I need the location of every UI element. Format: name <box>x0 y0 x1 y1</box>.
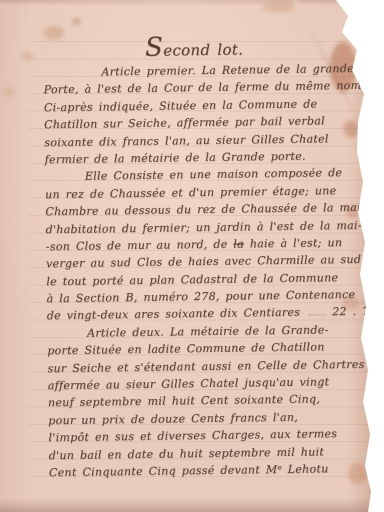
line-text: Article deux. La métairie de la Grande- <box>87 323 329 339</box>
foxing-stain <box>4 88 14 96</box>
line-text: Chatillon sur Seiche, affermée par bail … <box>44 115 325 132</box>
line-text: haie à l'est; un <box>244 236 342 250</box>
line-text: -son Clos de mur au nord, de <box>46 238 234 254</box>
line-text: Article premier. La Retenue de la grande <box>101 62 354 79</box>
manuscript-lines: Article premier. La Retenue de la grande… <box>43 60 371 482</box>
manuscript-paper: Second lot. Article premier. La Retenue … <box>0 0 384 512</box>
line-text: l'impôt en sus et diverses Charges, aux … <box>48 427 337 444</box>
line-text: porte Située en ladite Commune de Chatil… <box>47 341 324 358</box>
line-text: sur Seiche et s'étendant aussi en Celle … <box>47 357 364 374</box>
line-text: un rez de Chaussée et d'un premier étage… <box>45 184 336 201</box>
line-text: Ci-après indiquée, Située en la Commune … <box>44 97 318 114</box>
line-text: Elle Consiste en une maison composée de <box>85 166 343 183</box>
line-text: Porte, à l'est de la Cour de la ferme du… <box>44 79 362 96</box>
line-text: Cent Cinquante Cinq passé devant Mᵉ Leho… <box>49 462 329 479</box>
line-text: Chambre au dessous du rez de Chaussée de… <box>45 201 381 219</box>
line-text: soixante dix francs l'an, au sieur Gille… <box>44 132 328 149</box>
line-text: d'un bail en date du huit septembre mil … <box>49 445 324 462</box>
foxing-stain <box>22 52 33 61</box>
line-text: affermée au sieur Gilles Chatel jusqu'au… <box>48 375 330 392</box>
document-title: Second lot. <box>43 34 365 63</box>
struck-word: la <box>233 237 244 250</box>
line-text: à la Section B, numéro 278, pour une Con… <box>46 288 355 305</box>
manuscript-text-block: Second lot. Article premier. La Retenue … <box>43 34 371 482</box>
line-text: d'habitation du fermier; un jardin à l'e… <box>45 218 361 235</box>
line-text: pour un prix de douze Cents francs l'an, <box>48 411 298 427</box>
dotted-leader <box>308 315 326 316</box>
line-text: verger au sud Clos de haies avec Charmil… <box>46 253 365 270</box>
foxing-stain <box>72 18 81 25</box>
foxing-stain <box>262 2 296 12</box>
line-text: le tout porté au plan Cadastral de la Co… <box>46 271 338 288</box>
line-text: neuf septembre mil huit Cent soixante Ci… <box>48 393 320 410</box>
line-text: fermier de la métairie de la Grande port… <box>45 150 306 167</box>
